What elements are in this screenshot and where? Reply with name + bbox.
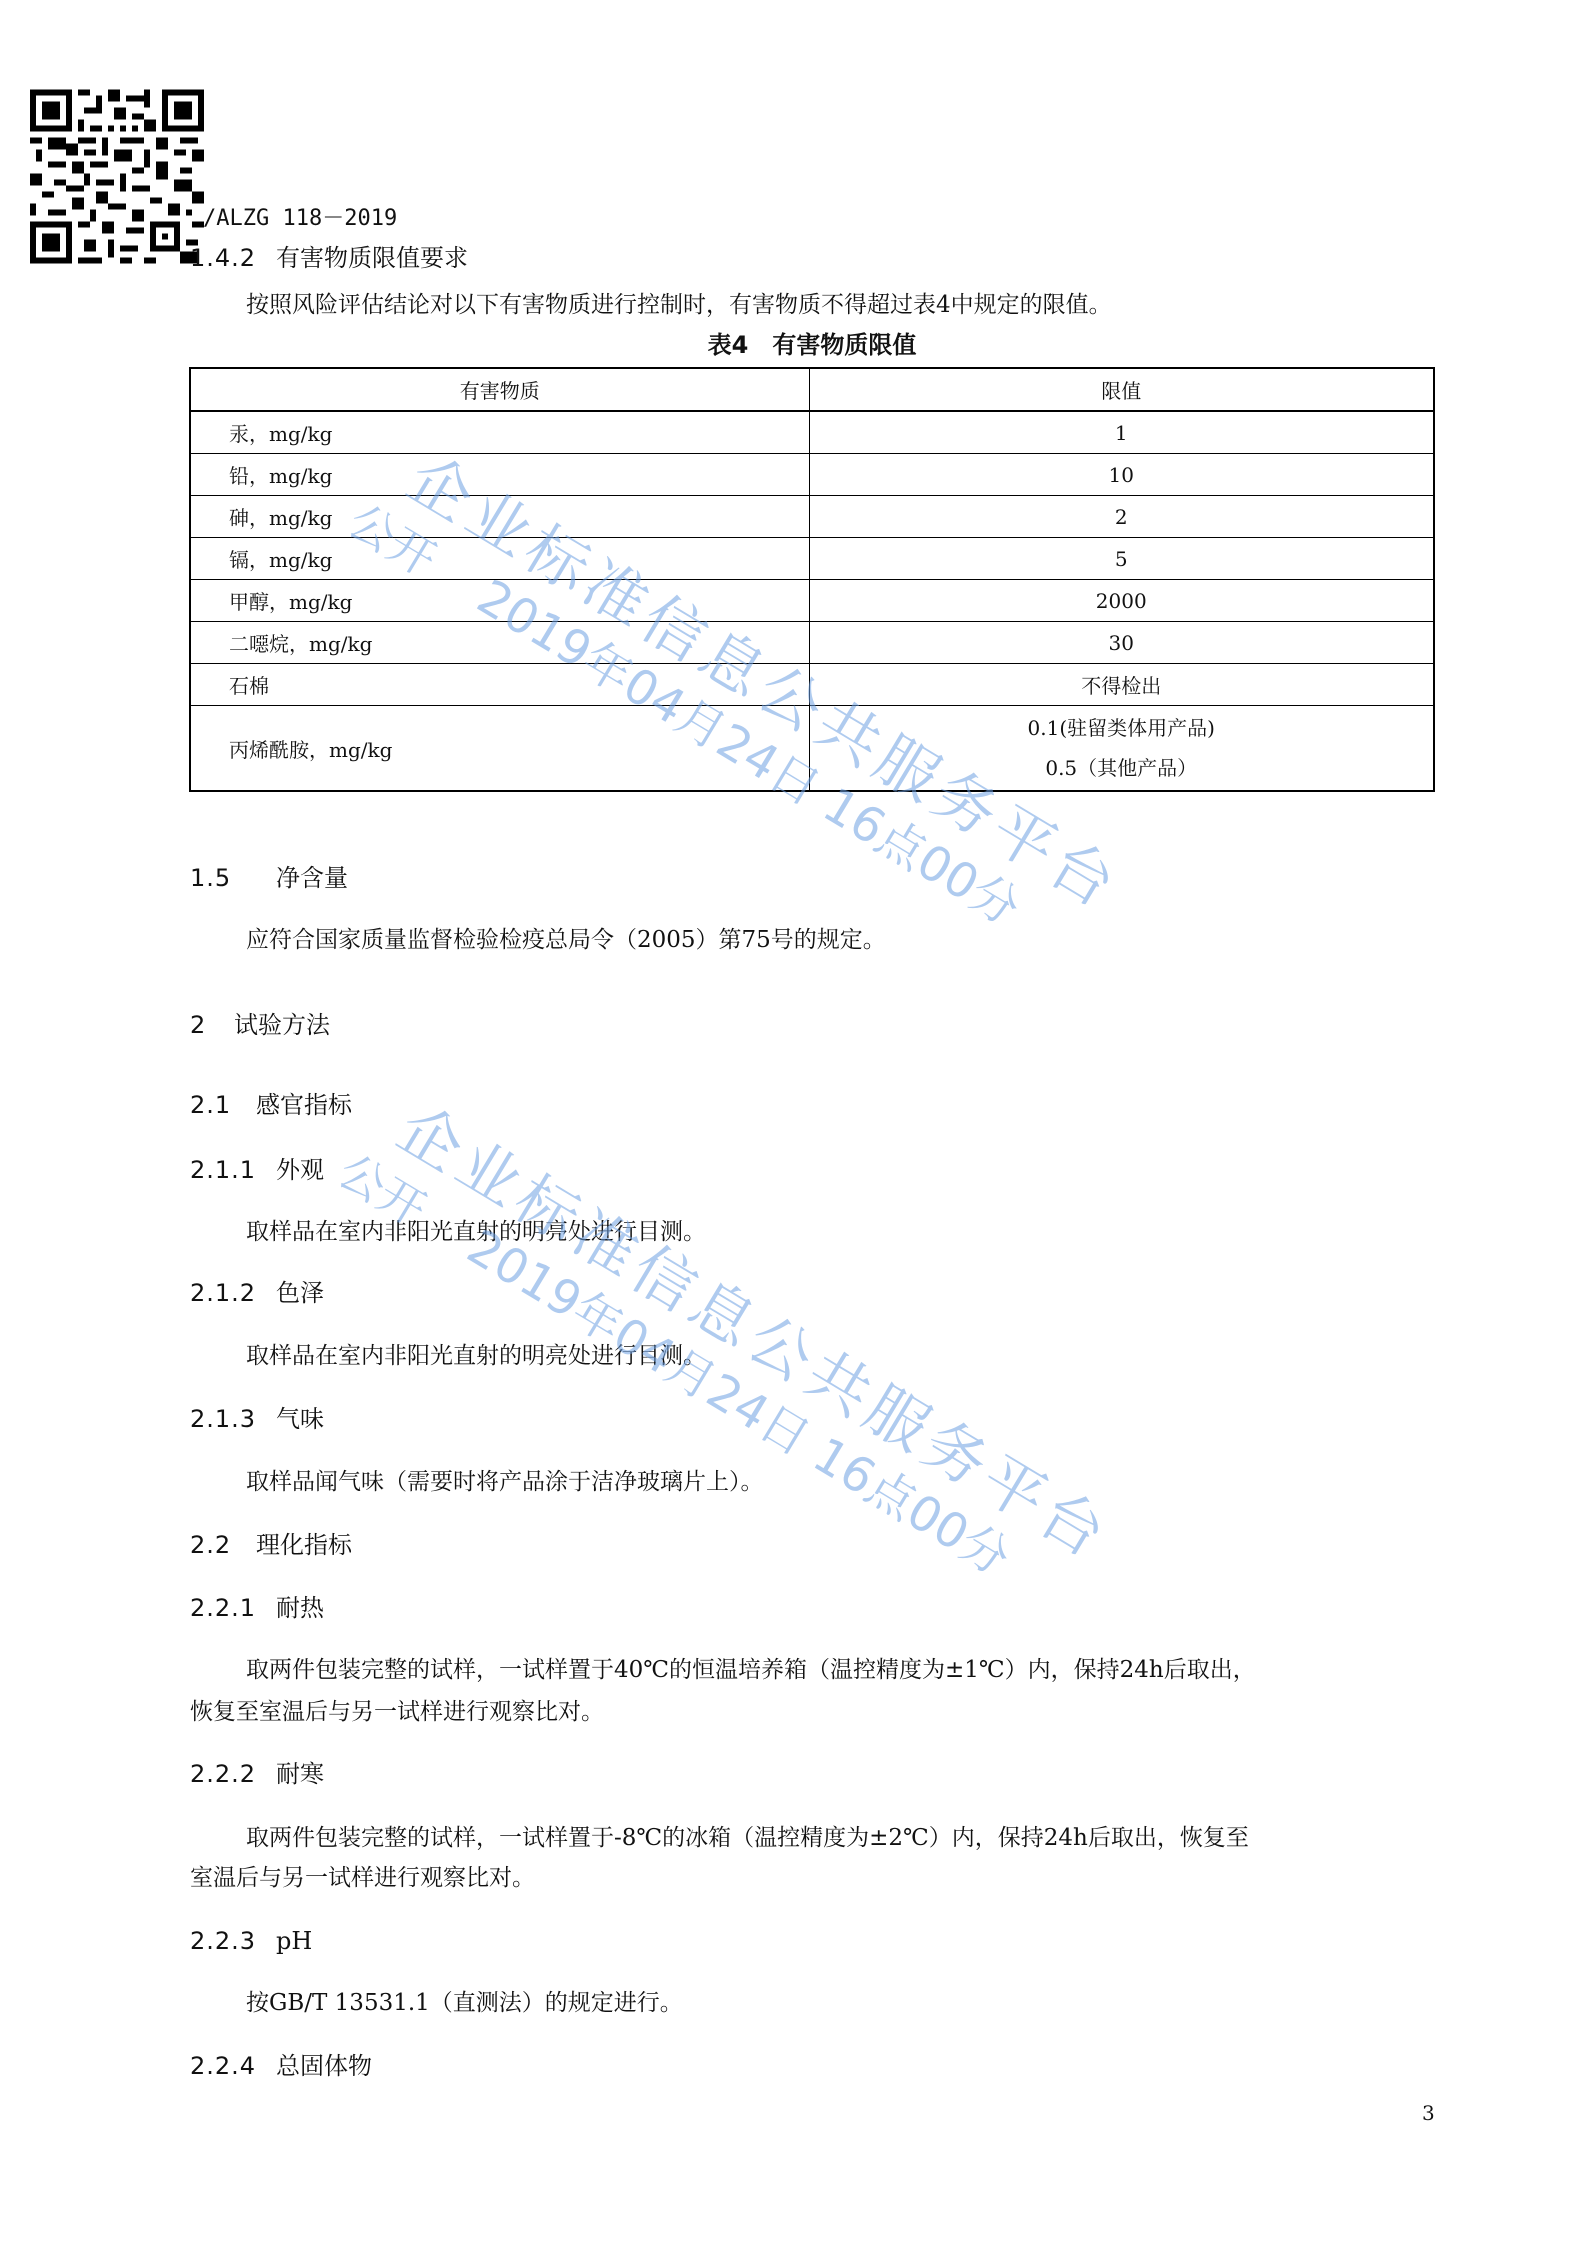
page-number: 3 <box>1422 2101 1435 2125</box>
section-number: 2.2.2 <box>190 1759 260 1789</box>
section-title: 感官指标 <box>256 1091 352 1119</box>
watermark-public-text: 公开 <box>328 1136 1087 1628</box>
substance-cell: 镉，mg/kg <box>190 538 809 580</box>
section-paragraph-2-2-3: 按GB/T 13531.1（直测法）的规定进行。 <box>246 1988 683 2018</box>
table-header-row: 有害物质 限值 <box>190 368 1434 411</box>
document-code: /ALZG 118－2019 <box>203 201 397 232</box>
section-title: 气味 <box>276 1405 324 1433</box>
limit-cell: 30 <box>809 622 1434 664</box>
section-paragraph-2-2-1-line1: 取两件包装完整的试样，一试样置于40℃的恒温培养箱（温控精度为±1℃）内，保持2… <box>246 1655 1256 1685</box>
section-heading-2-2: 2.2理化指标 <box>190 1530 352 1560</box>
section-number: 2.2 <box>190 1530 240 1560</box>
section-paragraph-2-2-1-line2: 恢复至室温后与另一试样进行观察比对。 <box>190 1697 604 1727</box>
section-heading-2-2-2: 2.2.2耐寒 <box>190 1759 324 1789</box>
section-title: 试验方法 <box>234 1011 330 1039</box>
watermark-platform-text: 企业标准信息公共服务平台 <box>384 1080 1129 1577</box>
column-header-limit: 限值 <box>809 368 1434 411</box>
section-title: 总固体物 <box>276 2052 372 2080</box>
section-paragraph-2-2-2-line2: 室温后与另一试样进行观察比对。 <box>190 1863 535 1893</box>
section-paragraph-2-1-1: 取样品在室内非阳光直射的明亮处进行目测。 <box>246 1217 706 1247</box>
qr-code-icon <box>30 88 204 265</box>
section-title: 耐寒 <box>276 1760 324 1788</box>
limit-cell: 2000 <box>809 580 1434 622</box>
section-paragraph-2-2-2-line1: 取两件包装完整的试样，一试样置于-8℃的冰箱（温控精度为±2℃）内，保持24h后… <box>246 1823 1249 1853</box>
section-intro-paragraph: 按照风险评估结论对以下有害物质进行控制时，有害物质不得超过表4中规定的限值。 <box>246 290 1112 320</box>
section-number: 2 <box>190 1010 218 1040</box>
section-paragraph-2-1-2: 取样品在室内非阳光直射的明亮处进行目测。 <box>246 1341 706 1371</box>
limit-cell: 不得检出 <box>809 664 1434 706</box>
table-row: 二噁烷，mg/kg 30 <box>190 622 1434 664</box>
limit-cell: 5 <box>809 538 1434 580</box>
section-number: 2.1 <box>190 1090 240 1120</box>
substance-cell: 石棉 <box>190 664 809 706</box>
substance-cell: 汞，mg/kg <box>190 411 809 454</box>
table-caption: 表4 有害物质限值 <box>189 330 1435 360</box>
section-heading-2-2-3: 2.2.3pH <box>190 1926 312 1956</box>
section-heading-2-1-1: 2.1.1外观 <box>190 1155 324 1185</box>
section-paragraph-2-1-3: 取样品闻气味（需要时将产品涂于洁净玻璃片上）。 <box>246 1467 764 1497</box>
section-number: 2.2.4 <box>190 2051 260 2081</box>
section-number: 2.1.3 <box>190 1404 260 1434</box>
section-heading-2-2-1: 2.2.1耐热 <box>190 1593 324 1623</box>
section-number: 2.1.2 <box>190 1278 260 1308</box>
table-row: 铅，mg/kg 10 <box>190 454 1434 496</box>
limit-line-other-products: 0.5（其他产品） <box>810 748 1434 788</box>
section-heading-2-1: 2.1感官指标 <box>190 1090 352 1120</box>
section-number: 1.5 <box>190 863 260 893</box>
section-title: pH <box>276 1927 312 1955</box>
section-number: 2.2.3 <box>190 1926 260 1956</box>
section-heading-2-2-4: 2.2.4总固体物 <box>190 2051 372 2081</box>
substance-cell: 甲醇，mg/kg <box>190 580 809 622</box>
limit-cell: 0.1(驻留类体用产品) 0.5（其他产品） <box>809 706 1434 792</box>
section-title: 净含量 <box>276 864 348 892</box>
substance-cell: 砷，mg/kg <box>190 496 809 538</box>
section-paragraph-1-5: 应符合国家质量监督检验检疫总局令（2005）第75号的规定。 <box>246 925 886 955</box>
substance-cell: 丙烯酰胺，mg/kg <box>190 706 809 792</box>
section-heading-2-1-2: 2.1.2色泽 <box>190 1278 324 1308</box>
table-row: 甲醇，mg/kg 2000 <box>190 580 1434 622</box>
table-row: 汞，mg/kg 1 <box>190 411 1434 454</box>
hazardous-substance-limits-table: 有害物质 限值 汞，mg/kg 1 铅，mg/kg 10 砷，mg/kg 2 镉… <box>189 367 1435 792</box>
section-title: 理化指标 <box>256 1531 352 1559</box>
section-number: 1.4.2 <box>190 243 260 273</box>
section-heading-2: 2试验方法 <box>190 1010 330 1040</box>
table-row: 砷，mg/kg 2 <box>190 496 1434 538</box>
limit-cell: 1 <box>809 411 1434 454</box>
substance-cell: 铅，mg/kg <box>190 454 809 496</box>
section-title: 色泽 <box>276 1279 324 1307</box>
section-heading-2-1-3: 2.1.3气味 <box>190 1404 324 1434</box>
section-heading-1-4-2: 1.4.2有害物质限值要求 <box>190 243 468 273</box>
section-heading-1-5: 1.5净含量 <box>190 863 348 893</box>
section-title: 耐热 <box>276 1594 324 1622</box>
limit-cell: 2 <box>809 496 1434 538</box>
table-row: 石棉 不得检出 <box>190 664 1434 706</box>
section-title: 外观 <box>276 1156 324 1184</box>
limit-cell: 10 <box>809 454 1434 496</box>
table-row: 镉，mg/kg 5 <box>190 538 1434 580</box>
column-header-substance: 有害物质 <box>190 368 809 411</box>
table-row: 丙烯酰胺，mg/kg 0.1(驻留类体用产品) 0.5（其他产品） <box>190 706 1434 792</box>
watermark-timestamp-text: 2019年04月24日 16点00分 <box>457 1210 1089 1628</box>
section-number: 2.2.1 <box>190 1593 260 1623</box>
section-title: 有害物质限值要求 <box>276 244 468 272</box>
substance-cell: 二噁烷，mg/kg <box>190 622 809 664</box>
limit-line-resident-products: 0.1(驻留类体用产品) <box>810 708 1434 748</box>
section-number: 2.1.1 <box>190 1155 260 1185</box>
